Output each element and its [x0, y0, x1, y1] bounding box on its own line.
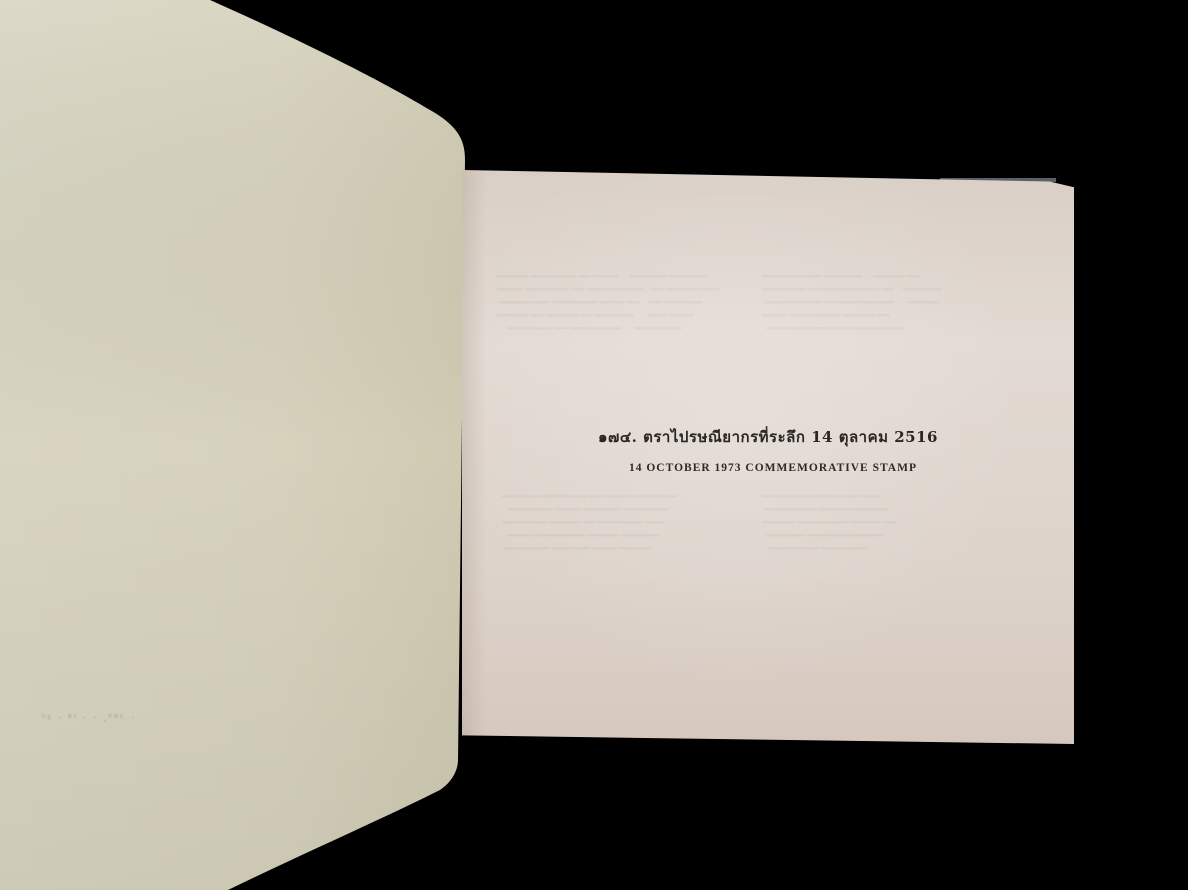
left-page-bleed-text: ᵇᵍ · ⁸ᴵ · · ,ᴾᴮᴸ ·	[42, 712, 137, 724]
bleed-through-text-right: ── ─────── ────── ───── ── ─────── ─────…	[762, 270, 941, 335]
english-title: 14 OCTOBER 1973 COMMEMORATIVE STAMP	[584, 462, 962, 474]
right-page: ───── ─────── ── ──── ────── ────── ────…	[462, 170, 1074, 744]
thai-title: ๑๗๔. ตราไปรษณียากรที่ระลึก 14 ตุลาคม 251…	[574, 425, 962, 449]
book-photo: ᵇᵍ · ⁸ᴵ · · ,ᴾᴮᴸ · ───── ─────── ── ────…	[0, 0, 1188, 890]
bleed-through-text-lower-right: ─────── ──────── ─── ──────── ──────────…	[762, 490, 896, 555]
left-page-curled: ᵇᵍ · ⁸ᴵ · · ,ᴾᴮᴸ ·	[0, 0, 470, 890]
bleed-through-text-lower-left: ────── ─────── ── ───── ────── ─────── ─…	[502, 490, 677, 555]
left-page-shape	[0, 0, 470, 890]
stamp-entry-heading: ๑๗๔. ตราไปรษณียากรที่ระลึก 14 ตุลาคม 251…	[562, 425, 962, 474]
bleed-through-text-left: ───── ─────── ── ──── ────── ────── ────…	[497, 270, 719, 335]
